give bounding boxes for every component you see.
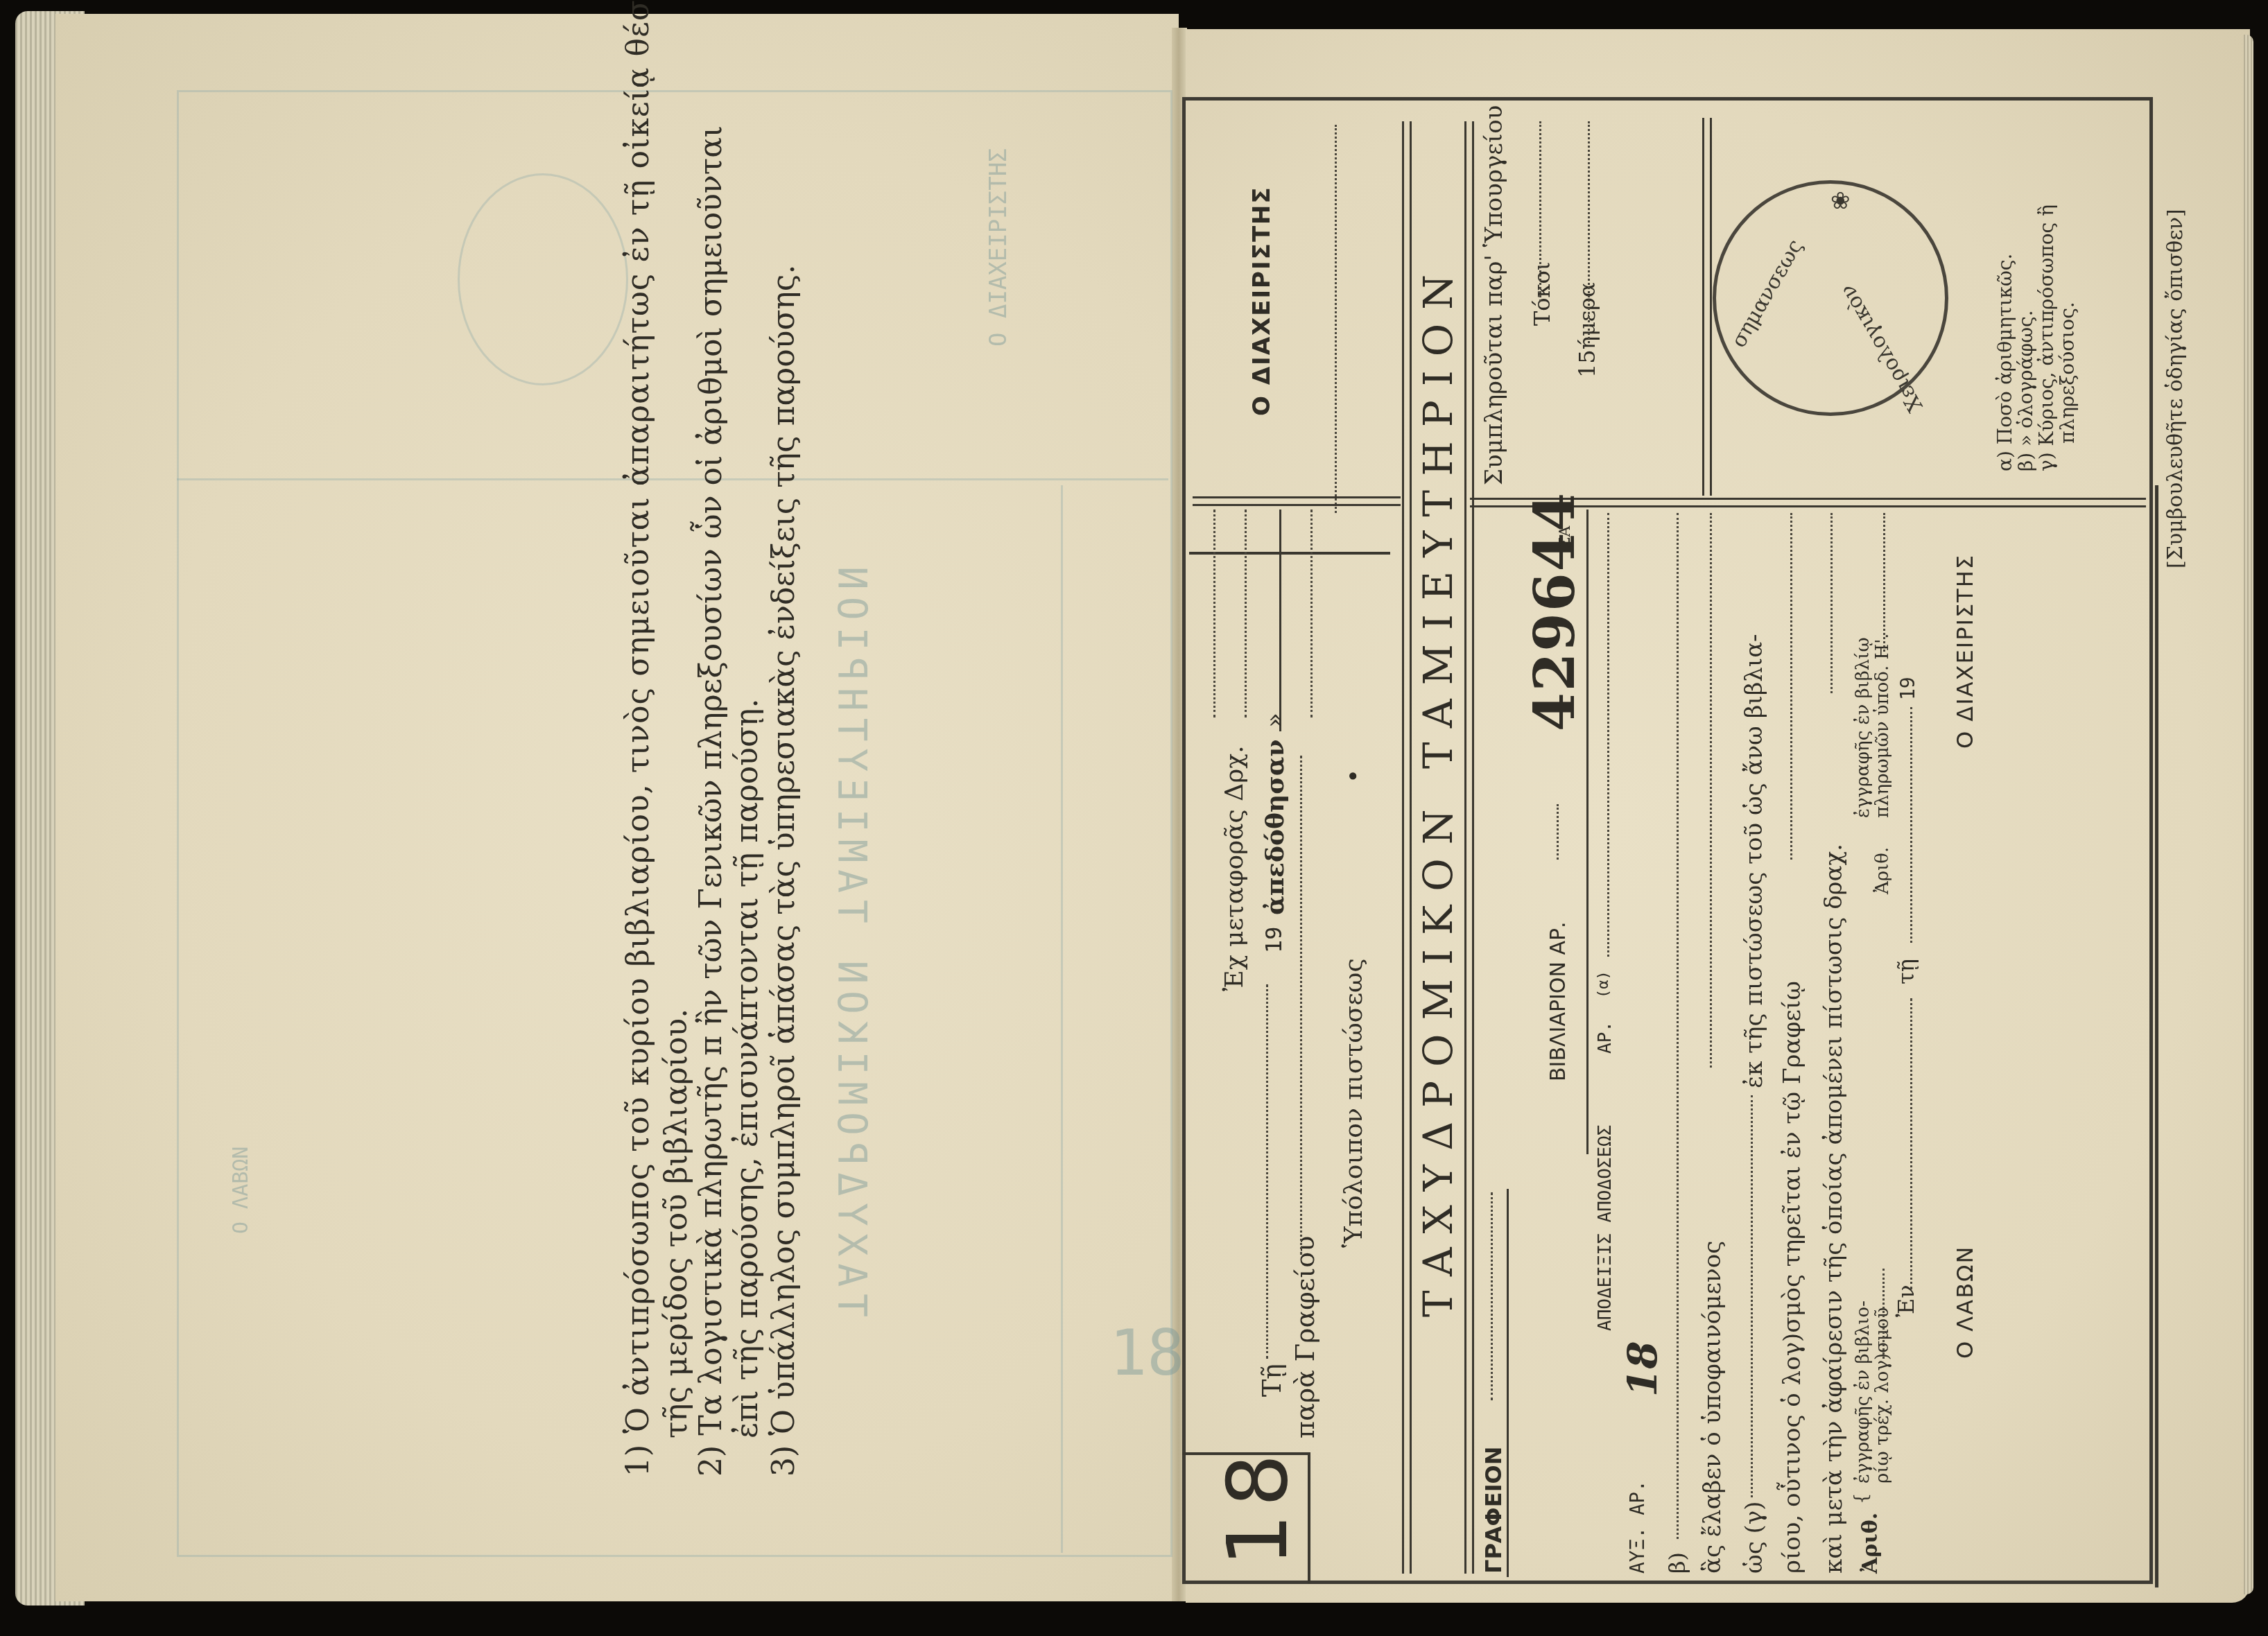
stamp-ornament-icon: ❀: [1830, 187, 1851, 215]
reg-right-line1: ἐγγραφῆς ἐν βιβλίῳ: [1853, 637, 1873, 818]
office-name-field[interactable]: [1491, 1192, 1493, 1400]
book-suffix: ΣΑ: [1557, 526, 1574, 548]
stamped-number: 18: [1619, 1341, 1666, 1397]
ghost-title: ΤΑΧΥΔΡΟΜΙΚΟΝ ΤΑΜΙΕΥΤΗΡΙΟΝ: [829, 559, 874, 1317]
fortnight-field[interactable]: [1588, 121, 1590, 343]
balance-mark: •: [1340, 769, 1368, 783]
ghost-label-manager: Ο ΔΙΑΧΕΙΡΙΣΤΗΣ: [985, 148, 1012, 347]
note-2: 2) Τα λογιστικὰ πληρωτῆς π ἢν τῶν Γενικῶ…: [693, 125, 729, 1477]
manager-signature: Ο ΔΙΑΧΕΙΡΙΣΤΗΣ: [1952, 554, 1978, 749]
withdrawal-no-label: ΑΡ.: [1595, 1021, 1616, 1054]
strip-a-divider-2: [1189, 552, 1390, 555]
form-number: 18: [1210, 1447, 1306, 1567]
line-account: ρίου, οὗτινος ὁ λογ)σμὸς τηρεῖται ἐν τῷ …: [1778, 981, 1806, 1574]
signature-line-top: [1335, 125, 1337, 513]
note-1: 1) Ὁ ἀντιπρόσωπος τοῦ κυρίου βιβλιαρίου,…: [621, 0, 656, 1477]
office-underline: [1507, 1189, 1509, 1577]
book-number: 429644: [1522, 491, 1587, 731]
place-field[interactable]: [1910, 998, 1912, 1289]
title-line-right: [1464, 121, 1474, 1574]
paid-label: ἀπεδόθησαν: [1261, 740, 1290, 915]
page-edges-right: [2244, 35, 2253, 1594]
day-label: τῇ: [1893, 959, 1919, 984]
amount-dots-2: [1245, 510, 1247, 717]
right-margin-rule: [2155, 485, 2158, 1587]
line-account-field[interactable]: [1790, 513, 1792, 860]
fill-note: Συμπληροῦται παρ' Ὑπουργείου: [1480, 105, 1508, 485]
margin-instructions-note: [Συμβουλευθῆτε ὁδηγίας ὄπισθεν]: [2163, 209, 2188, 568]
reg-right-field[interactable]: [1883, 513, 1885, 652]
amount-dots-1: [1213, 510, 1215, 717]
paid-mark: »: [1261, 713, 1289, 728]
note-3: 3) Ὁ ὑπάλληλος συμπληροῖ ἁπάσας τὰς ὑπηρ…: [766, 265, 802, 1477]
place-label: Ἐν: [1893, 1285, 1919, 1317]
footnote-b: β) » ὁλογράφως.: [2014, 310, 2037, 471]
balance-label: Ὑπόλοιπον πιστώσεως: [1340, 958, 1368, 1248]
book-dots: [1557, 804, 1559, 860]
ghost-label-receiver: Ο ΛΑΒΩΝ: [229, 1147, 253, 1234]
stamped-prefix: ΑΥΞ. ΑΡ.: [1626, 1480, 1649, 1574]
reg-right-line2: πληρωμῶν ὑποδ. Η'.: [1872, 633, 1893, 818]
reg-right-prefix: Ἀριθ.: [1872, 847, 1893, 894]
amount-dots-3: [1310, 510, 1313, 717]
footnote-a: α) Ποσὸ ἀριθμητικῶς.: [1993, 254, 2016, 471]
line-b: β): [1664, 1552, 1690, 1574]
office-label: παρὰ Γραφείου: [1290, 1236, 1320, 1438]
withdrawal-ref: (α): [1595, 971, 1612, 998]
reg-left-brace: {: [1851, 1493, 1872, 1504]
note-1-cont: τῆς μερίδος τοῦ βιβλιαρίου.: [659, 1009, 694, 1438]
line-received-field[interactable]: [1710, 513, 1712, 1068]
line-as: ὡς (γ): [1740, 1502, 1768, 1574]
footnote-c: γ) Κύριος, ἀντιπρόσωπος ἢ: [2035, 204, 2058, 471]
interest-field[interactable]: [1539, 121, 1541, 302]
title-line-left: [1402, 121, 1412, 1574]
receiver-signature: Ο ΛΑΒΩΝ: [1952, 1246, 1978, 1359]
strip-a-divider: [1193, 496, 1401, 506]
fortnight-label: 15ήμερα: [1574, 282, 1600, 378]
reg-left-line1: ἐγγραφῆς ἐν βιβλιο-: [1853, 1300, 1873, 1483]
ghost-number: 18: [1109, 1317, 1184, 1390]
line-from-credit: ἐκ τῆς πιστώσεως τοῦ ὡς ἄνω βιβλια-: [1740, 634, 1768, 1088]
year-prefix: 19: [1261, 926, 1287, 953]
ghost-title-line: [1061, 485, 1063, 1553]
book-underline: [1586, 510, 1589, 1154]
note-2-cont: ἐπὶ τῆς παρούσης, ἐπισυνάπτονται τῇ παρο…: [729, 699, 765, 1438]
reg-left-field[interactable]: [1882, 1269, 1885, 1359]
office-field[interactable]: [1300, 756, 1302, 1255]
footnote-c-cont: πληρεξούσιος.: [2056, 302, 2079, 444]
book-label: ΒΙΒΛΙΑΡΙΟΝ ΑΡ.: [1546, 921, 1570, 1081]
stamp-column-line: [1702, 118, 1712, 496]
form-title: ΤΑΧΥΔΡΟΜΙΚΟΝ ΤΑΜΙΕΥΤΗΡΙΟΝ: [1414, 261, 1462, 1317]
line-b-field[interactable]: [1677, 513, 1679, 1539]
withdrawal-label: ΑΠΟΔΕΙΞΙΣ ΑΠΟΔΟΣΕΩΣ: [1595, 1125, 1616, 1331]
office-field-label: ΓΡΑΦΕΙΟΝ: [1480, 1446, 1507, 1574]
amount-separator: [1279, 510, 1281, 731]
ghost-stamp: [458, 173, 628, 385]
withdrawal-field[interactable]: [1607, 513, 1609, 957]
line-remaining-field[interactable]: [1830, 513, 1833, 693]
year-label: 19: [1896, 677, 1919, 700]
day-field[interactable]: [1910, 707, 1912, 943]
line-remaining: καὶ μετὰ τὴν ἀφαίρεσιν τῆς ὁποίας ἀπομέν…: [1820, 844, 1848, 1574]
reg-left-prefix: Ἀριθ.: [1858, 1513, 1882, 1574]
ghost-divider: [177, 478, 1168, 480]
date-field[interactable]: [1266, 984, 1268, 1359]
signatory-manager-top: Ο ΔΙΑΧΕΙΡΙΣΤΗΣ: [1248, 186, 1276, 416]
line-received: ἃς ἔλαβεν ὁ ὑποφαινόμενος: [1699, 1241, 1726, 1574]
carried-label: Ἐχ μεταφορᾶς Δρχ.: [1220, 745, 1249, 991]
line-as-field[interactable]: [1751, 1095, 1753, 1497]
interest-label: Τόκοι: [1529, 262, 1555, 326]
date-label: Τῇ: [1256, 1364, 1287, 1397]
